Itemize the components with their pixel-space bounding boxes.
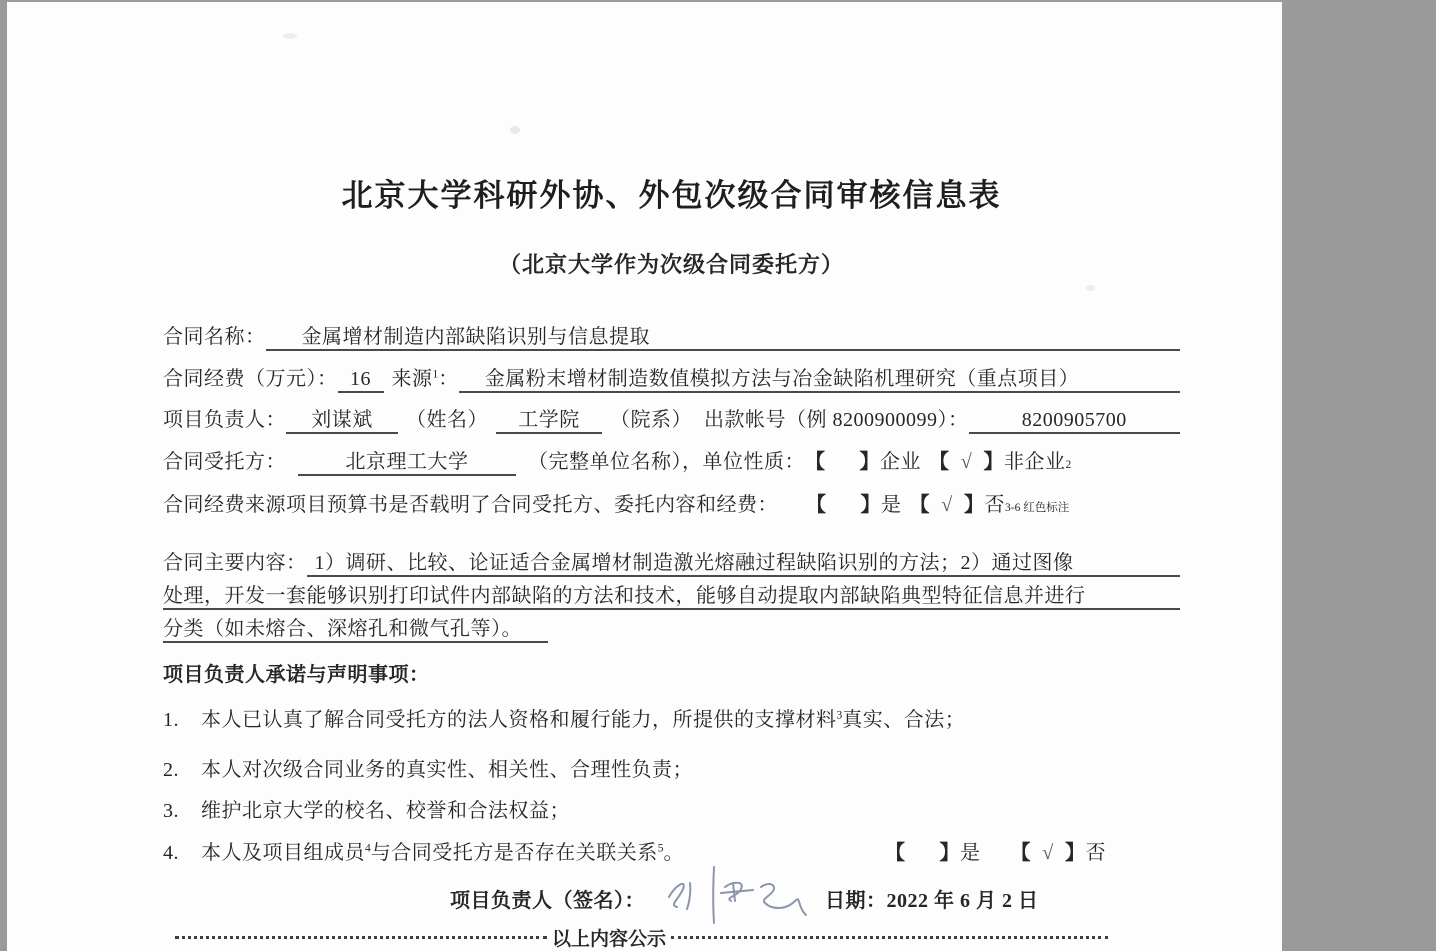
scan-speck: [1086, 285, 1095, 291]
checkbox-enterprise-label: 企业: [880, 445, 921, 474]
item-number: 4.: [163, 842, 201, 865]
trustee-label: 合同受托方：: [163, 445, 286, 474]
pi-account-value: 8200905700: [969, 409, 1181, 434]
form-line-pi: 项目负责人： 刘谋斌 （姓名） 工学院 （院系） 出款帐号（例 82009000…: [163, 403, 1180, 434]
publicity-divider: 以上内容公示: [175, 924, 1108, 951]
checkbox-budget-no-mark: √: [930, 494, 964, 517]
relation-checkbox-group: 【 】 是 【 √ 】 否: [885, 836, 1106, 865]
dotted-line-left: [175, 936, 547, 939]
checkbox-budget-yes: 【 】 是: [806, 488, 902, 517]
checkbox-non-enterprise: 【 √ 】 非企业 2: [929, 445, 1071, 474]
item-text: 本人已认真了解合同受托方的法人资格和履行能力，所提供的支撑材料3真实、合法；: [201, 703, 965, 732]
scan-speck: [283, 33, 297, 39]
trustee-value: 北京理工大学: [298, 445, 516, 476]
item-number: 2.: [163, 759, 201, 782]
item-text: 本人及项目组成员4与合同受托方是否存在关联关系5。: [201, 836, 684, 865]
signature-row: 项目负责人（签名）： 日期： 2022 年 6 月 2 日: [163, 884, 1180, 913]
form-line-main-content-3: 分类（如未熔合、深熔孔和微气孔等）。: [163, 612, 1180, 643]
checkbox-relation-no: 【 √ 】 否: [1011, 836, 1107, 865]
checkbox-non-enterprise-label: 非企业: [1004, 445, 1066, 474]
funding-source-value: 金属粉末增材制造数值模拟方法与冶金缺陷机理研究（重点项目）: [459, 362, 1180, 393]
date-value: 2022 年 6 月 2 日: [887, 884, 1039, 913]
contract-name-label: 合同名称：: [163, 320, 266, 349]
main-content-line3: 分类（如未熔合、深熔孔和微气孔等）。: [163, 612, 548, 643]
trustee-suffix: （完整单位名称），单位性质：: [528, 445, 805, 474]
item-number: 3.: [163, 800, 201, 823]
page-subtitle: （北京大学作为次级合同委托方）: [163, 248, 1180, 279]
date-label: 日期：: [825, 884, 887, 913]
main-content-label: 合同主要内容：: [163, 546, 307, 575]
form-line-trustee: 合同受托方： 北京理工大学 （完整单位名称），单位性质： 【 】 企业 【 √ …: [163, 445, 1180, 476]
pi-dept-value: 工学院: [496, 403, 602, 434]
item-text: 本人对次级合同业务的真实性、相关性、合理性负责；: [201, 753, 693, 782]
form-line-main-content-2: 处理，开发一套能够识别打印试件内部缺陷的方法和技术，能够自动提取内部缺陷典型特征…: [163, 579, 1180, 610]
checkbox-budget-no: 【 √ 】 否 3-6 红色标注: [910, 488, 1070, 517]
pi-name-value: 刘谋斌: [286, 403, 398, 434]
pi-dept-suffix: （院系）: [610, 403, 692, 432]
funding-source-label: 来源1：: [392, 362, 459, 391]
publicity-text: 以上内容公示: [552, 924, 666, 951]
checkbox-relation-no-label: 否: [1086, 836, 1107, 865]
scan-speck: [510, 126, 520, 134]
checkbox-non-enterprise-mark: √: [950, 451, 984, 474]
checkbox-relation-yes-label: 是: [960, 836, 981, 865]
budget-question-label: 合同经费来源项目预算书是否载明了合同受托方、委托内容和经费：: [163, 488, 778, 517]
form-line-contract-name: 合同名称： 金属增材制造内部缺陷识别与信息提取: [163, 320, 1180, 351]
form-line-funding: 合同经费（万元）： 16 来源1： 金属粉末增材制造数值模拟方法与冶金缺陷机理研…: [163, 362, 1180, 393]
checkbox-relation-yes: 【 】 是: [885, 836, 981, 865]
declaration-item-2: 2. 本人对次级合同业务的真实性、相关性、合理性负责；: [163, 753, 1180, 782]
checkbox-budget-no-label: 否: [985, 488, 1006, 517]
form-line-budget-question: 合同经费来源项目预算书是否载明了合同受托方、委托内容和经费： 【 】 是 【 √…: [163, 488, 1180, 517]
pi-account-label: 出款帐号（例 8200900099）：: [704, 403, 969, 432]
signature-label: 项目负责人（签名）：: [450, 884, 645, 913]
main-content-line1: 1）调研、比较、论证适合金属增材制造激光熔融过程缺陷识别的方法；2）通过图像: [307, 546, 1181, 577]
pi-name-suffix: （姓名）: [406, 403, 488, 432]
funding-label: 合同经费（万元）：: [163, 362, 338, 391]
dotted-line-right: [671, 936, 1108, 939]
handwritten-signature: [659, 863, 809, 925]
funding-amount: 16: [338, 368, 384, 393]
contract-name-value: 金属增材制造内部缺陷识别与信息提取: [266, 320, 1181, 351]
item-text: 维护北京大学的校名、校誉和合法权益；: [201, 794, 570, 823]
checkbox-relation-no-mark: √: [1031, 842, 1065, 865]
declaration-item-3: 3. 维护北京大学的校名、校誉和合法权益；: [163, 794, 1180, 823]
declaration-heading: 项目负责人承诺与声明事项：: [163, 658, 1180, 687]
form-line-main-content-1: 合同主要内容： 1）调研、比较、论证适合金属增材制造激光熔融过程缺陷识别的方法；…: [163, 546, 1180, 577]
document-page: 北京大学科研外协、外包次级合同审核信息表 （北京大学作为次级合同委托方） 合同名…: [7, 2, 1282, 951]
declaration-item-1: 1. 本人已认真了解合同受托方的法人资格和履行能力，所提供的支撑材料3真实、合法…: [163, 703, 1180, 732]
pi-label: 项目负责人：: [163, 403, 286, 432]
checkbox-enterprise: 【 】 企业: [805, 445, 921, 474]
page-title: 北京大学科研外协、外包次级合同审核信息表: [163, 170, 1180, 215]
item-number: 1.: [163, 709, 201, 732]
main-content-line2: 处理，开发一套能够识别打印试件内部缺陷的方法和技术，能够自动提取内部缺陷典型特征…: [163, 579, 1180, 610]
declaration-item-4: 4. 本人及项目组成员4与合同受托方是否存在关联关系5。 【 】 是 【 √ 】…: [163, 836, 1180, 865]
checkbox-budget-yes-label: 是: [881, 488, 902, 517]
